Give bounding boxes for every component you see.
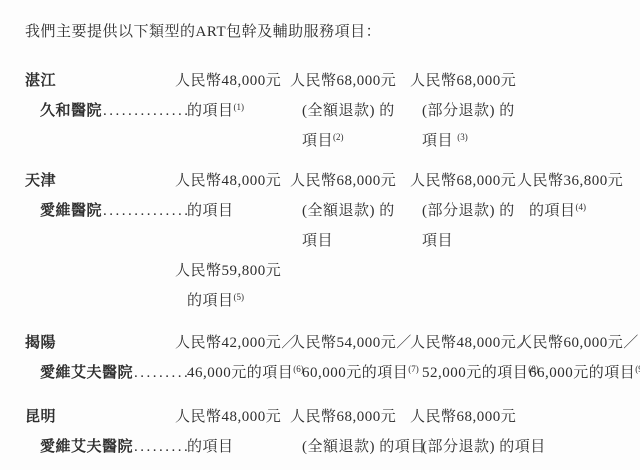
line-text: 項目 (422, 133, 457, 149)
line-text: 人民幣68,000元 (410, 173, 516, 189)
line-text: 人民幣48,000元 (175, 409, 281, 425)
price-line: 項目 (290, 226, 410, 256)
price-line: 人民幣54,000元／ (290, 328, 410, 358)
price-line: 的項目(5) (175, 286, 290, 316)
price-line: 項目 (410, 226, 517, 256)
line-text: 人民幣36,800元 (517, 173, 623, 189)
price-line: 人民幣48,000元 (175, 402, 290, 432)
package-cell: 人民幣68,000元 (全額退款) 的 項目(2) (290, 66, 410, 156)
price-line: 的項目 (175, 432, 290, 462)
line-text: 46,000元的項目 (187, 365, 293, 381)
price-line: 人民幣48,000元／ (410, 328, 517, 358)
price-line: 人民幣48,000元 (175, 66, 290, 96)
line-text: 的項目 (187, 293, 234, 309)
hospital-name: 愛維醫院 (40, 203, 102, 219)
price-line: 的項目(4) (517, 196, 637, 226)
footnote-ref: (3) (457, 132, 468, 142)
price-line: 52,000元的項目(8) (410, 358, 517, 388)
line-text: 人民幣68,000元 (410, 73, 516, 89)
table-row: 湛江 久和醫院.............. 人民幣48,000元 的項目(1) … (25, 66, 517, 156)
line-text: 人民幣68,000元 (290, 73, 396, 89)
line-text: 人民幣54,000元／ (290, 335, 412, 351)
city-label: 天津 (25, 166, 175, 196)
price-line: 人民幣60,000元／ (517, 328, 637, 358)
hospital-stub: 湛江 久和醫院.............. (25, 66, 175, 126)
line-text: 人民幣59,800元 (175, 263, 281, 279)
line-text: 人民幣68,000元 (410, 409, 516, 425)
line-text: 人民幣68,000元 (290, 409, 396, 425)
price-line: 人民幣68,000元 (290, 402, 410, 432)
table-row: 揭陽 愛維艾夫醫院......... 人民幣42,000元／ 46,000元的項… (25, 328, 637, 388)
line-text: 52,000元的項目 (422, 365, 528, 381)
price-line: 的項目 (175, 196, 290, 226)
city-label: 揭陽 (25, 328, 175, 358)
line-text: 人民幣48,000元 (175, 173, 281, 189)
package-cell: 人民幣48,000元 的項目 人民幣59,800元 的項目(5) (175, 166, 290, 316)
line-text: 人民幣48,000元／ (410, 335, 532, 351)
line-text: 的項目 (529, 203, 576, 219)
package-cell: 人民幣68,000元 (全額退款) 的 項目 (290, 166, 410, 256)
price-line: 人民幣68,000元 (410, 402, 517, 432)
price-line: 人民幣36,800元 (517, 166, 637, 196)
package-cell: 人民幣68,000元 (全額退款) 的項目 (290, 402, 410, 462)
price-line: 46,000元的項目(6) (175, 358, 290, 388)
hospital-label: 愛維醫院.............. (25, 196, 175, 226)
line-text: (全額退款) 的項目 (302, 439, 426, 455)
line-text: (部分退款) 的項目 (422, 439, 546, 455)
price-line: (部分退款) 的 (410, 196, 517, 226)
hospital-label: 久和醫院.............. (25, 96, 175, 126)
price-line: 項目(2) (290, 126, 410, 156)
package-cell: 人民幣36,800元 的項目(4) (517, 166, 637, 226)
package-cell: 人民幣54,000元／ 60,000元的項目(7) (290, 328, 410, 388)
table-row: 昆明 愛維艾夫醫院......... 人民幣48,000元 的項目 人民幣68,… (25, 402, 517, 462)
package-cell: 人民幣68,000元 (部分退款) 的 項目 (410, 166, 517, 256)
line-text: (部分退款) 的 (422, 103, 515, 119)
line-text: 60,000元的項目 (302, 365, 408, 381)
package-cell: 人民幣68,000元 (部分退款) 的 項目 (3) (410, 66, 517, 156)
line-text: 人民幣68,000元 (290, 173, 396, 189)
document-page: 我們主要提供以下類型的ART包幹及輔助服務項目： 湛江 久和醫院........… (0, 0, 640, 470)
line-text: 項目 (302, 233, 333, 249)
price-line: (全額退款) 的項目 (290, 432, 410, 462)
line-text: 66,000元的項目 (529, 365, 635, 381)
hospital-name: 愛維艾夫醫院 (40, 365, 133, 381)
price-line: 人民幣59,800元 (175, 256, 290, 286)
price-line: 66,000元的項目(9) (517, 358, 637, 388)
price-line: 人民幣68,000元 (290, 66, 410, 96)
page-title: 我們主要提供以下類型的ART包幹及輔助服務項目： (25, 20, 381, 41)
line-text: 的項目 (187, 439, 234, 455)
price-line: (部分退款) 的項目 (410, 432, 517, 462)
price-line: 人民幣68,000元 (410, 66, 517, 96)
price-line: 人民幣68,000元 (410, 166, 517, 196)
footnote-ref: (4) (576, 202, 587, 212)
package: 人民幣48,000元 的項目 (175, 166, 290, 226)
hospital-name: 愛維艾夫醫院 (40, 439, 133, 455)
package-cell: 人民幣48,000元 的項目(1) (175, 66, 290, 126)
line-text: 的項目 (187, 103, 234, 119)
line-text: 項目 (302, 133, 333, 149)
hospital-stub: 昆明 愛維艾夫醫院......... (25, 402, 175, 462)
package-cell: 人民幣68,000元 (部分退款) 的項目 (410, 402, 517, 462)
footnote-ref: (9) (635, 364, 640, 374)
footnote-ref: (1) (234, 102, 245, 112)
line-text: (全額退款) 的 (302, 203, 395, 219)
price-line: 人民幣68,000元 (290, 166, 410, 196)
price-line: 60,000元的項目(7) (290, 358, 410, 388)
line-text: 人民幣42,000元／ (175, 335, 297, 351)
price-line: 人民幣48,000元 (175, 166, 290, 196)
package-cell: 人民幣48,000元／ 52,000元的項目(8) (410, 328, 517, 388)
price-line: 項目 (3) (410, 126, 517, 156)
hospital-stub: 揭陽 愛維艾夫醫院......... (25, 328, 175, 388)
hospital-name: 久和醫院 (40, 103, 102, 119)
hospital-label: 愛維艾夫醫院......... (25, 432, 175, 462)
footnote-ref: (2) (333, 132, 344, 142)
price-line: 的項目(1) (175, 96, 290, 126)
price-line: (全額退款) 的 (290, 96, 410, 126)
line-text: 項目 (422, 233, 453, 249)
hospital-label: 愛維艾夫醫院......... (25, 358, 175, 388)
line-text: (全額退款) 的 (302, 103, 395, 119)
package-cell: 人民幣42,000元／ 46,000元的項目(6) (175, 328, 290, 388)
price-line: (全額退款) 的 (290, 196, 410, 226)
package-cell: 人民幣48,000元 的項目 (175, 402, 290, 462)
price-line: 人民幣42,000元／ (175, 328, 290, 358)
line-text: 人民幣60,000元／ (517, 335, 639, 351)
package: 人民幣59,800元 的項目(5) (175, 256, 290, 316)
package-cell: 人民幣60,000元／ 66,000元的項目(9) (517, 328, 637, 388)
city-label: 湛江 (25, 66, 175, 96)
city-label: 昆明 (25, 402, 175, 432)
table-row: 天津 愛維醫院.............. 人民幣48,000元 的項目 人民幣… (25, 166, 637, 316)
line-text: 的項目 (187, 203, 234, 219)
hospital-stub: 天津 愛維醫院.............. (25, 166, 175, 226)
line-text: (部分退款) 的 (422, 203, 515, 219)
footnote-ref: (5) (234, 292, 245, 302)
price-line: (部分退款) 的 (410, 96, 517, 126)
line-text: 人民幣48,000元 (175, 73, 281, 89)
